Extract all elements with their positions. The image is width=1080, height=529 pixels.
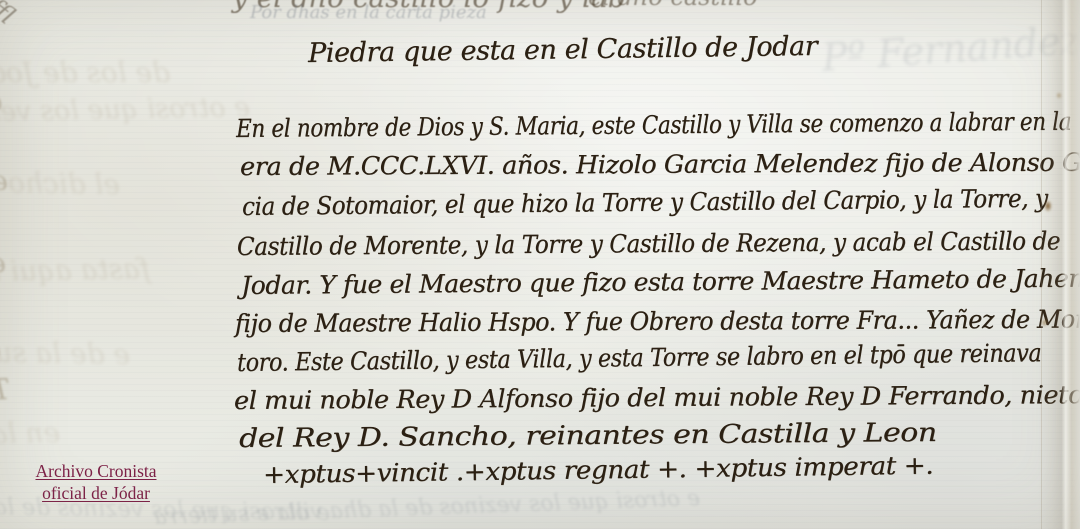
manuscript-line-2: era de M.CCC.LXVI. años. Hizolo Garcia M…	[240, 147, 1080, 181]
foxing-spot	[1056, 92, 1062, 99]
manuscript-motto: +xptus+vincit .+xptus regnat +. +xptus i…	[263, 451, 934, 489]
bleed-through-line: en la dha villa	[0, 241, 7, 279]
archive-caption: Archivo Cronista oficial de Jódar	[12, 460, 180, 504]
bleed-through-line: e otrosi que los vezinos de la dha villa…	[153, 486, 700, 529]
manuscript-line-6: fijo de Maestre Halio Hspo. Y fue Obrero…	[235, 305, 1080, 338]
bleed-through-line: e de la su tierra e señorio por muchos a…	[0, 327, 130, 371]
bleed-through-line: en la manera que dha es e por quanto	[0, 416, 60, 458]
manuscript-scan: y el dho castillo lo fizo y lab el dho c…	[0, 0, 1080, 529]
manuscript-line-1: En el nombre de Dios y S. Maria, este Ca…	[236, 107, 1071, 143]
archive-caption-line-1: Archivo Cronista	[12, 460, 180, 482]
paper-edge	[1038, 0, 1080, 529]
foxing-spot	[1041, 318, 1048, 327]
manuscript-line-4: Castillo de Morente, y la Torre y Castil…	[237, 226, 1060, 261]
bleed-through-line: Truxillo a 1736	[0, 372, 11, 414]
manuscript-line-9: del Rey D. Sancho, reinantes en Castilla…	[239, 418, 937, 454]
bleed-through-line: de uso e costumbre	[0, 322, 1, 365]
manuscript-title: Piedra que esta en el Castillo de Jodar	[308, 31, 818, 69]
bleed-through-line: el dho castillo	[588, 0, 758, 11]
bleed-through-line: de los de Jodar	[0, 79, 3, 117]
bleed-through-line: y el dho castillo lo fizo y lab	[232, 0, 626, 14]
manuscript-line-8: el mui noble Rey D Alfonso fijo del mui …	[234, 380, 1080, 415]
paper-crease	[1041, 0, 1042, 529]
bleed-through-line: fasta aqui lo ovieron de uso e de costum…	[0, 252, 150, 296]
foxing-spot	[1044, 200, 1052, 212]
bleed-through-line: ffl	[0, 0, 19, 30]
bleed-through-line: Por dhas en la carta pieza	[250, 2, 487, 23]
manuscript-line-5: Jodar. Y fue el Maestro que fizo esta to…	[241, 264, 1080, 300]
manuscript-line-7: toro. Este Castillo, y esta Villa, y est…	[237, 338, 1042, 377]
manuscript-line-3: cia de Sotomaior, el que hizo la Torre y…	[242, 184, 1048, 221]
bleed-through-line: el dicho señor Rey don Alonso que Dios m…	[0, 156, 120, 201]
bleed-through-line: e de su señorio	[0, 155, 9, 197]
bleed-through-line: de los de Jodar por merced que les fizo …	[0, 56, 170, 89]
bleed-through-line: e otrosi que los vezinos de la dha villa…	[0, 92, 250, 135]
archive-caption-line-2: oficial de Jódar	[12, 482, 180, 504]
